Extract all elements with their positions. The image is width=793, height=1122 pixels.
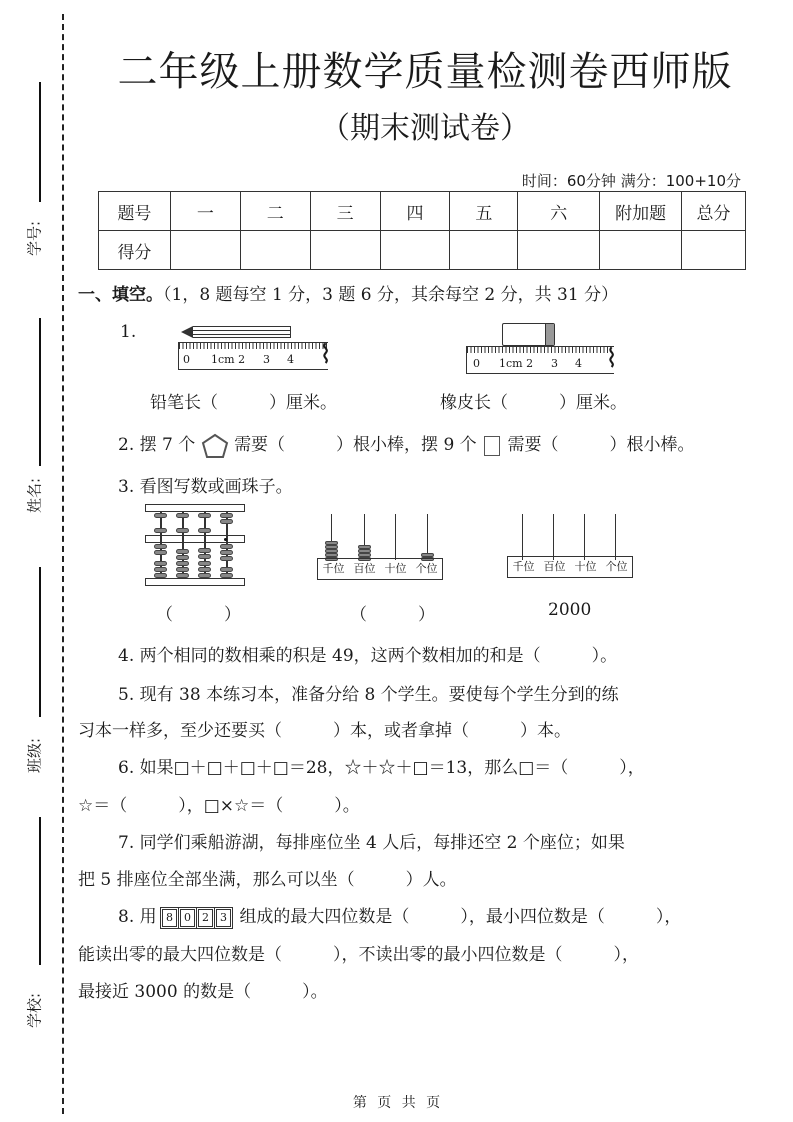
ruler-1: 0 1cm 2 3 4 ⌇ <box>178 342 328 370</box>
abacus-bead <box>220 519 233 524</box>
abacus-bead <box>220 513 233 518</box>
abacus-bead <box>198 561 211 566</box>
ruler-label: 4 <box>287 353 294 366</box>
abacus-unit-dot <box>224 538 227 541</box>
header-cell: 三 <box>310 192 380 231</box>
place-label: 个位 <box>411 559 442 579</box>
abacus-bead <box>220 544 233 549</box>
abacus-bead <box>176 567 189 572</box>
abacus-top-bar <box>145 504 245 512</box>
place-label: 十位 <box>380 559 411 579</box>
page-footer: 第 页 共 页 <box>0 1092 793 1112</box>
abacus-bead <box>154 573 167 578</box>
eraser-icon <box>502 323 555 346</box>
q7-line-1: 7. 同学们乘船游湖，每排座位坐 4 人后，每排还空 2 个座位；如果 <box>118 828 625 853</box>
q1-eraser-text: 橡皮长（ ）厘米。 <box>440 388 627 413</box>
score-table-score-row: 得分 <box>99 231 746 270</box>
score-cell[interactable] <box>600 231 682 270</box>
score-table: 题号 一 二 三 四 五 六 附加题 总分 得分 <box>98 191 746 270</box>
name-label: 姓名: <box>24 476 45 516</box>
counter-rod <box>395 514 396 560</box>
section-1-heading: 一、填空。（1，8 题每空 1 分，3 题 6 分，其余每空 2 分，共 31 … <box>78 280 618 305</box>
abacus-bead <box>176 573 189 578</box>
counter-rod <box>522 514 523 560</box>
score-cell[interactable] <box>380 231 450 270</box>
abacus-bottom-bar <box>145 578 245 586</box>
abacus-bead <box>176 528 189 533</box>
abacus-bead <box>220 573 233 578</box>
binding-dash-line <box>62 14 64 1114</box>
exam-meta: 时间：60分钟 满分：100+10分 <box>522 170 741 191</box>
student-id-label: 学号: <box>24 219 45 259</box>
header-cell: 二 <box>240 192 310 231</box>
student-id-line[interactable] <box>39 82 41 202</box>
counter-place-labels: 千位 百位 十位 个位 <box>507 556 633 578</box>
abacus-bead <box>198 548 211 553</box>
score-cell[interactable] <box>310 231 380 270</box>
pencil-icon <box>193 326 291 338</box>
abacus-bead <box>198 528 211 533</box>
header-cell: 六 <box>518 192 600 231</box>
ruler-label: 1cm 2 <box>211 353 245 366</box>
class-line[interactable] <box>39 567 41 717</box>
ruler-ticks <box>179 343 328 349</box>
ruler-label: 3 <box>551 357 558 370</box>
score-cell[interactable] <box>240 231 310 270</box>
place-label: 个位 <box>601 557 632 577</box>
abacus-bead <box>198 554 211 559</box>
page-title: 二年级上册数学质量检测卷西师版 <box>100 40 750 97</box>
counter-rod <box>584 514 585 560</box>
abacus-bead <box>198 573 211 578</box>
header-cell: 一 <box>170 192 240 231</box>
place-label: 千位 <box>508 557 539 577</box>
abacus-figure <box>145 504 245 586</box>
q3-answer-2: （ ） <box>350 600 435 625</box>
score-cell[interactable] <box>450 231 518 270</box>
abacus-bead <box>176 561 189 566</box>
pentagon-icon <box>201 433 229 459</box>
q2-part2: 需要（ ）根小棒，摆 9 个 <box>234 435 477 455</box>
q7-line-2: 把 5 排座位全部坐满，那么可以坐（ ）人。 <box>78 865 457 890</box>
square-icon <box>484 436 500 456</box>
ruler-ticks <box>467 347 614 353</box>
counter-rod <box>615 514 616 560</box>
header-cell: 总分 <box>682 192 746 231</box>
score-cell[interactable] <box>170 231 240 270</box>
pencil-tip-icon <box>181 326 193 338</box>
ruler-label: 0 <box>473 357 480 370</box>
place-label: 十位 <box>570 557 601 577</box>
eraser-band <box>545 324 554 345</box>
q2-part3: 需要（ ）根小棒。 <box>508 435 695 455</box>
q3-answer-3: 2000 <box>548 600 591 620</box>
abacus-bead <box>154 528 167 533</box>
abacus-bead <box>198 567 211 572</box>
q8-line-1-rest: 组成的最大四位数是（ ），最小四位数是（ ）， <box>239 907 681 927</box>
score-cell[interactable] <box>682 231 746 270</box>
page-subtitle: （期末测试卷） <box>100 103 750 147</box>
abacus-bead <box>176 513 189 518</box>
q6-line-1: 6. 如果□＋□＋□＋□＝28，☆＋☆＋□＝13，那么□＝（ ）， <box>118 753 645 778</box>
abacus-bead <box>154 544 167 549</box>
q2-line: 2. 摆 7 个 需要（ ）根小棒，摆 9 个 需要（ ）根小棒。 <box>118 430 695 459</box>
place-label: 百位 <box>539 557 570 577</box>
q5-line-1: 5. 现有 38 本练习本，准备分给 8 个学生。要使每个学生分到的练 <box>118 680 619 705</box>
q6-line-2: ☆＝（ ），□×☆＝（ ）。 <box>78 791 360 816</box>
abacus-bead <box>176 555 189 560</box>
q1-pencil-text: 铅笔长（ ）厘米。 <box>150 388 337 413</box>
q1-number: 1. <box>120 322 136 342</box>
ruler-label: 1cm 2 <box>499 357 533 370</box>
q3-answer-1: （ ） <box>156 600 241 625</box>
abacus-bead <box>220 556 233 561</box>
section-1-title: 一、填空。 <box>78 285 163 305</box>
header-cell: 五 <box>450 192 518 231</box>
abacus-bead <box>198 513 211 518</box>
ruler-label: 0 <box>183 353 190 366</box>
place-label: 百位 <box>349 559 380 579</box>
digit-card: 0 <box>180 909 195 927</box>
digit-card: 2 <box>198 909 213 927</box>
school-line[interactable] <box>39 817 41 965</box>
score-cell[interactable] <box>518 231 600 270</box>
q8-line-3: 最接近 3000 的数是（ ）。 <box>78 977 328 1002</box>
abacus-bead <box>154 550 167 555</box>
score-table-header-row: 题号 一 二 三 四 五 六 附加题 总分 <box>99 192 746 231</box>
q3-text: 3. 看图写数或画珠子。 <box>118 472 293 497</box>
q8-line-2: 能读出零的最大四位数是（ ），不读出零的最小四位数是（ ）， <box>78 940 639 965</box>
ruler-2: 0 1cm 2 3 4 ⌇ <box>466 346 614 374</box>
abacus-bead <box>176 549 189 554</box>
class-label: 班级: <box>24 736 45 776</box>
ruler-label: 4 <box>575 357 582 370</box>
abacus-bead <box>220 550 233 555</box>
q8-prefix: 8. 用 <box>118 907 157 927</box>
abacus-bead <box>154 513 167 518</box>
ruler-break-icon: ⌇ <box>605 345 618 373</box>
ruler-break-icon: ⌇ <box>319 341 332 369</box>
header-cell: 四 <box>380 192 450 231</box>
header-cell: 题号 <box>99 192 171 231</box>
ruler-label: 3 <box>263 353 270 366</box>
score-row-label: 得分 <box>99 231 171 270</box>
place-label: 千位 <box>318 559 349 579</box>
digit-card: 8 <box>162 909 177 927</box>
counter-place-labels: 千位 百位 十位 个位 <box>317 558 443 580</box>
q5-line-2: 习本一样多，至少还要买（ ）本，或者拿掉（ ）本。 <box>78 716 571 741</box>
school-label: 学校: <box>24 991 45 1031</box>
q8-line-1: 8. 用 8023 组成的最大四位数是（ ），最小四位数是（ ）， <box>118 902 681 927</box>
counter-rod <box>553 514 554 560</box>
name-line[interactable] <box>39 318 41 466</box>
abacus-bead <box>154 567 167 572</box>
header-cell: 附加题 <box>600 192 682 231</box>
q2-part1: 2. 摆 7 个 <box>118 435 195 455</box>
abacus-bead <box>154 561 167 566</box>
abacus-bead <box>220 567 233 572</box>
q4-text: 4. 两个相同的数相乘的积是 49，这两个数相加的和是（ ）。 <box>118 641 617 666</box>
section-1-note: （1，8 题每空 1 分，3 题 6 分，其余每空 2 分，共 31 分） <box>163 285 618 305</box>
digit-card: 3 <box>216 909 231 927</box>
